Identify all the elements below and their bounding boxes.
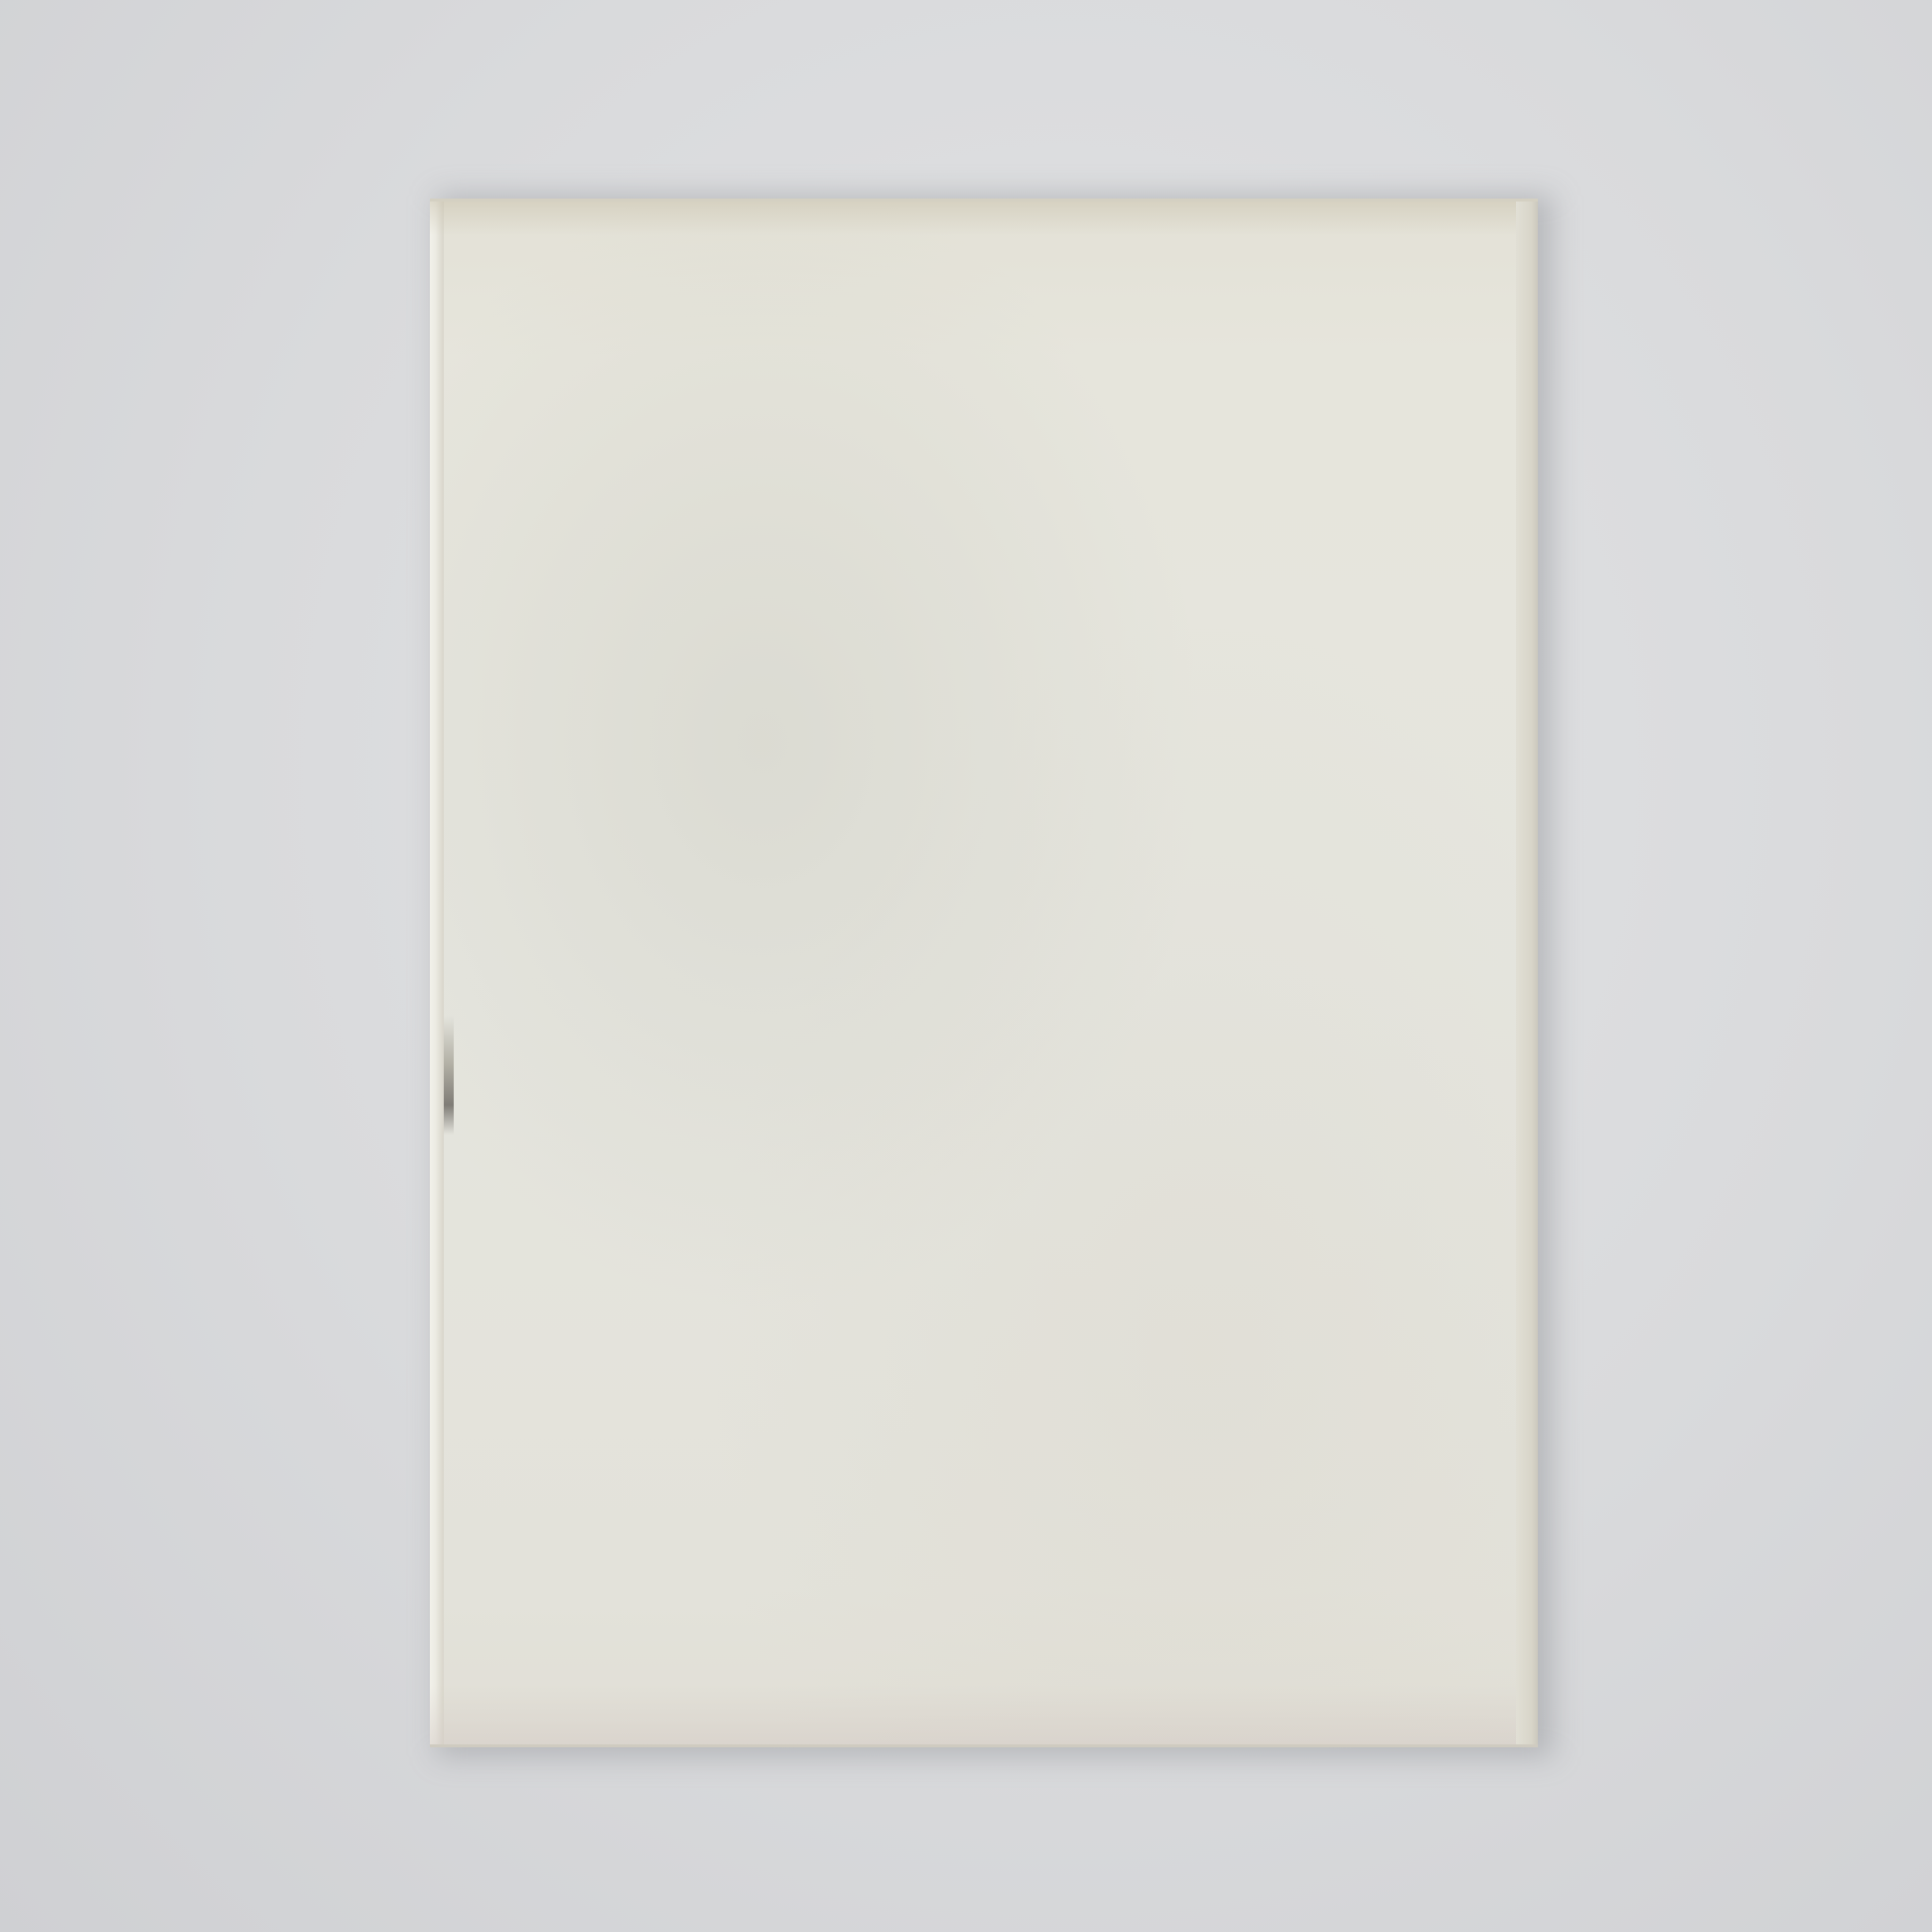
book-fore-edge [1516, 202, 1538, 1744]
spine-wear-mark [444, 1016, 454, 1135]
bottom-edge-wear [430, 1685, 1538, 1744]
top-edge-wear [430, 202, 1538, 235]
book-back-cover [430, 199, 1538, 1747]
book-spine-edge [430, 202, 444, 1744]
